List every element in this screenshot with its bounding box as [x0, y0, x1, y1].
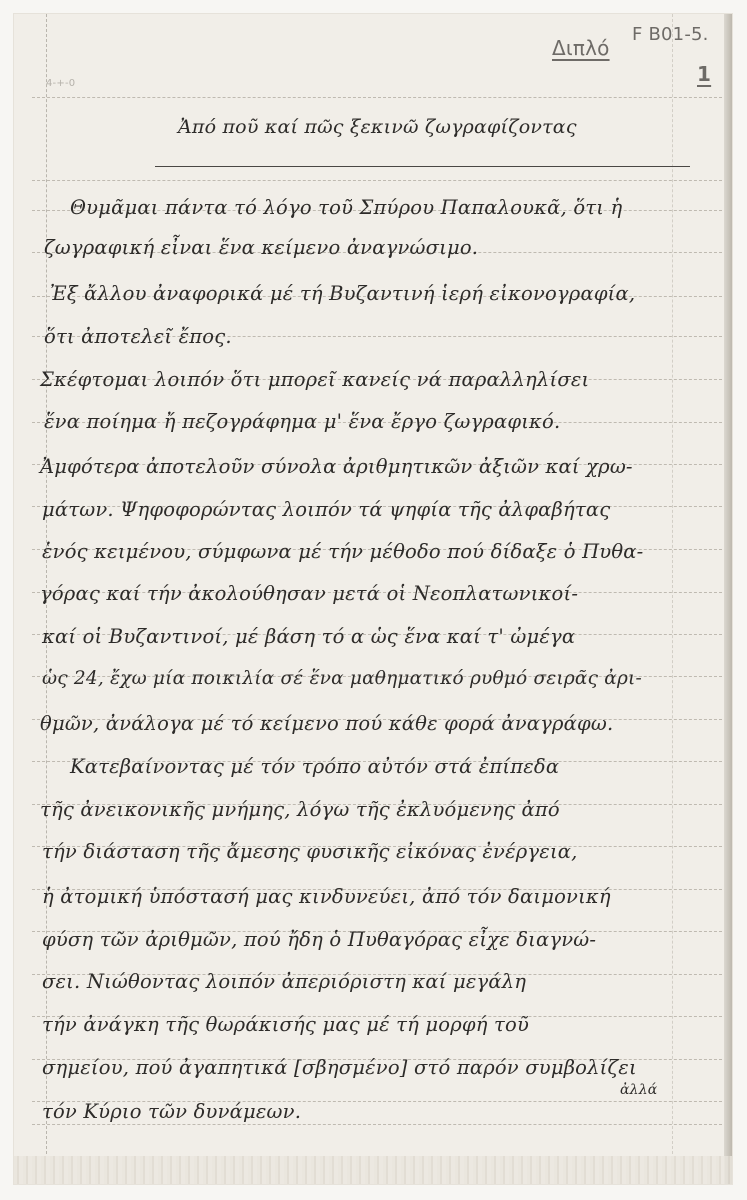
text-line: ὡς 24, ἔχω μία ποικιλία σέ ἕνα μαθηματικ…: [42, 668, 642, 689]
text-line: Σκέφτομαι λοιπόν ὅτι μπορεῖ κανείς νά πα…: [40, 368, 589, 391]
pencil-label: Διπλό: [552, 36, 610, 60]
text-line: ἑνός κειμένου, σύμφωνα μέ τήν μέθοδο πού…: [42, 540, 643, 563]
ruled-line: [32, 1124, 722, 1125]
text-line: τόν Κύριο τῶν δυνάμεων.: [42, 1100, 301, 1123]
text-line: ὅτι ἀποτελεῖ ἔπος.: [44, 325, 232, 348]
ruled-line: [32, 180, 722, 181]
text-line: γόρας καί τήν ἀκολούθησαν μετά οἱ Νεοπλα…: [40, 582, 578, 605]
text-line: σει. Νιώθοντας λοιπόν ἀπεριόριστη καί με…: [42, 970, 526, 993]
text-line: μάτων. Ψηφοφορώντας λοιπόν τά ψηφία τῆς …: [42, 498, 610, 521]
page-number: 1: [697, 62, 711, 86]
page-title: Ἀπό ποῦ καί πῶς ξεκινῶ ζωγραφίζοντας: [178, 116, 577, 138]
text-line: καί οἱ Βυζαντινοί, μέ βάση τό α ὡς ἕνα κ…: [42, 625, 575, 648]
text-line: τήν ἀνάγκη τῆς θωράκισής μας μέ τή μορφή…: [42, 1013, 529, 1036]
title-underline: [155, 166, 690, 167]
catalog-reference: F B01-5.: [632, 24, 709, 45]
text-line: ἕνα ποίημα ἤ πεζογράφημα μ' ἕνα ἔργο ζωγ…: [44, 410, 560, 433]
right-margin-rule: [672, 14, 673, 1154]
text-line: σημείου, πού ἀγαπητικά [σβησμένο] στό πα…: [42, 1056, 637, 1079]
text-line: τήν διάσταση τῆς ἄμεσης φυσικῆς εἰκόνας …: [42, 840, 578, 863]
text-line: Θυμᾶμαι πάντα τό λόγο τοῦ Σπύρου Παπαλου…: [70, 196, 622, 219]
text-line: Ἀμφότερα ἀποτελοῦν σύνολα ἀριθμητικῶν ἀξ…: [40, 455, 633, 478]
text-line: ἡ ἀτομική ὑπόστασή μας κινδυνεύει, ἀπό τ…: [42, 885, 611, 908]
text-line: ζωγραφική εἶναι ἕνα κείμενο ἀναγνώσιμο.: [44, 236, 478, 259]
text-line: φύση τῶν ἀριθμῶν, πού ἤδη ὁ Πυθαγόρας εἶ…: [42, 928, 596, 951]
text-line: Κατεβαίνοντας μέ τόν τρόπο αὐτόν στά ἐπί…: [70, 755, 559, 778]
text-line: θμῶν, ἀνάλογα μέ τό κείμενο πού κάθε φορ…: [40, 712, 613, 735]
ruled-line: [32, 97, 722, 98]
corner-mark: 4-+-0: [46, 78, 75, 89]
text-line: Ἐξ ἄλλου ἀναφορικά μέ τή Βυζαντινή ἱερή …: [50, 282, 635, 305]
page-edge-shadow: [724, 14, 732, 1184]
text-line: τῆς ἀνεικονικῆς μνήμης, λόγω τῆς ἐκλυόμε…: [40, 798, 560, 821]
interlinear-insertion: ἀλλά: [620, 1082, 657, 1098]
